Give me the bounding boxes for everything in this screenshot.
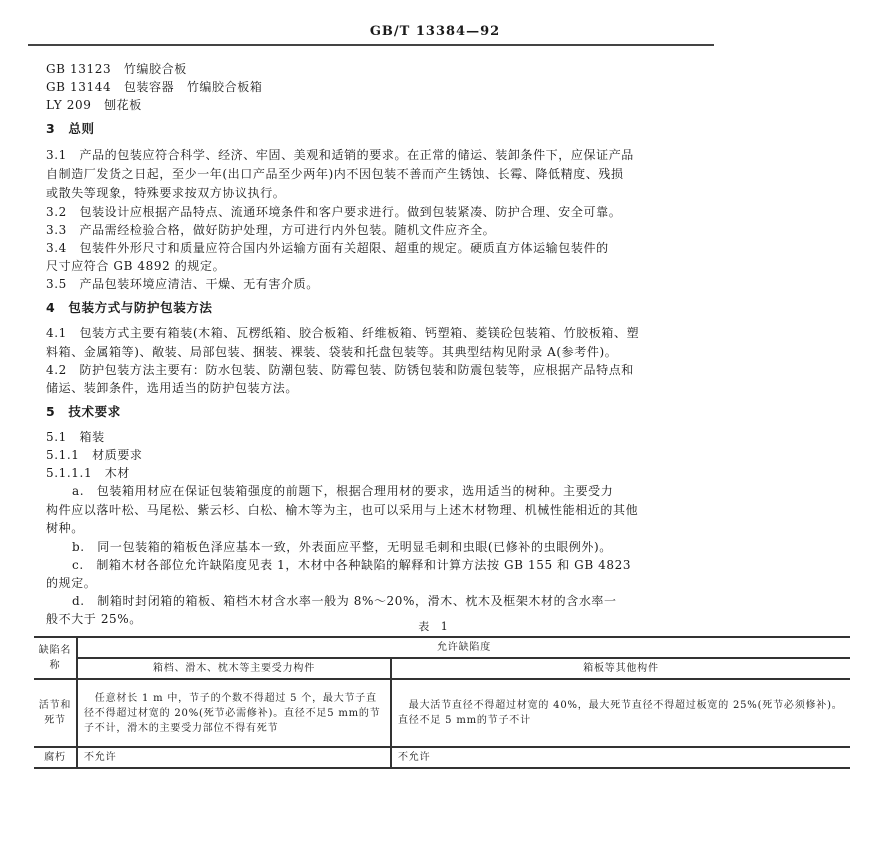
item-c-cont: 的规定。: [46, 575, 96, 591]
defect-tolerance-table: 缺陷名称 允许缺陷度 箱档、滑木、枕木等主要受力构件 箱板等其他构件 活节和死节…: [34, 636, 850, 769]
reference-code: GB 13144: [46, 80, 111, 94]
clause-5-1-1: 5.1.1 材质要求: [46, 447, 143, 463]
column-header-defect-name: 缺陷名称: [34, 637, 77, 679]
clause-3-1-cont: 自制造厂发货之日起，至少一年(出口产品至少两年)内不因包装不善而产生锈蚀、长霉、…: [46, 166, 624, 182]
item-c: c. 制箱木材各部位允许缺陷度见表 1，木材中各种缺陷的解释和计算方法按 GB …: [72, 557, 631, 573]
clause-3-4-cont: 尺寸应符合 GB 4892 的规定。: [46, 258, 225, 274]
clause-3-1-cont: 或散失等现象，特殊要求按双方协议执行。: [46, 185, 285, 201]
reference-title: 包装容器 竹编胶合板箱: [124, 80, 263, 94]
other-members-tolerance: 最大活节直径不得超过材宽的 40%，最大死节直径不得超过板宽的 25%(死节必须…: [391, 679, 850, 747]
reference-code: GB 13123: [46, 62, 111, 76]
clause-4-2: 4.2 防护包装方法主要有：防水包装、防潮包装、防霉包装、防锈包装和防震包装等，…: [46, 362, 634, 378]
header-rule: [28, 44, 714, 46]
item-a-cont: 树种。: [46, 520, 84, 536]
section-5-heading: 5 技术要求: [46, 404, 121, 420]
section-3-heading: 3 总则: [46, 121, 95, 137]
column-header-other-members: 箱板等其他构件: [391, 658, 850, 679]
defect-name: 活节和死节: [34, 679, 77, 747]
clause-3-5: 3.5 产品包装环境应清洁、干燥、无有害介质。: [46, 276, 319, 292]
clause-3-1: 3.1 产品的包装应符合科学、经济、牢固、美观和适销的要求。在正常的储运、装卸条…: [46, 147, 634, 163]
clause-4-1-cont: 料箱、金属箱等)、敞装、局部包装、捆装、裸装、袋装和托盘包装等。其典型结构见附录…: [46, 344, 617, 360]
defect-name: 腐朽: [34, 747, 77, 768]
section-4-heading: 4 包装方式与防护包装方法: [46, 300, 213, 316]
reference-item: GB 13123 竹编胶合板: [46, 61, 187, 77]
other-members-tolerance: 不允许: [391, 747, 850, 768]
column-header-main-members: 箱档、滑木、枕木等主要受力构件: [77, 658, 391, 679]
clause-4-2-cont: 储运、装卸条件，选用适当的防护包装方法。: [46, 380, 298, 396]
clause-3-4: 3.4 包装件外形尺寸和质量应符合国内外运输方面有关超限、超重的规定。硬质直方体…: [46, 240, 609, 256]
reference-code: LY 209: [46, 98, 91, 112]
clause-3-3: 3.3 产品需经检验合格，做好防护处理，方可进行内外包装。随机文件应齐全。: [46, 222, 495, 238]
clause-5-1: 5.1 箱装: [46, 429, 105, 445]
item-d: d. 制箱时封闭箱的箱板、箱档木材含水率一般为 8%～20%，滑木、枕木及框架木…: [72, 593, 617, 609]
item-a: a. 包装箱用材应在保证包装箱强度的前题下，根据合理用材的要求，选用适当的树种。…: [72, 483, 613, 499]
item-a-cont: 构件应以落叶松、马尾松、紫云杉、白松、榆木等为主，也可以采用与上述木材物理、机械…: [46, 502, 638, 518]
item-b: b. 同一包装箱的箱板色泽应基本一致，外表面应平整，无明显毛刺和虫眼(已修补的虫…: [72, 539, 612, 555]
reference-title: 竹编胶合板: [124, 62, 187, 76]
reference-item: LY 209 刨花板: [46, 97, 142, 113]
standard-code-header: GB/T 13384—92: [0, 24, 870, 39]
table-row: 活节和死节 任意材长 1 m 中，节子的个数不得超过 5 个，最大节子直径不得超…: [34, 679, 850, 747]
main-members-tolerance: 不允许: [77, 747, 391, 768]
clause-3-2: 3.2 包装设计应根据产品特点、流通环境条件和客户要求进行。做到包装紧凑、防护合…: [46, 204, 621, 220]
group-header-allowed-defects: 允许缺陷度: [77, 637, 850, 658]
table-row: 腐朽 不允许 不允许: [34, 747, 850, 768]
reference-title: 刨花板: [104, 98, 142, 112]
table-caption: 表 1: [0, 618, 870, 634]
reference-item: GB 13144 包装容器 竹编胶合板箱: [46, 79, 262, 95]
clause-4-1: 4.1 包装方式主要有箱装(木箱、瓦楞纸箱、胶合板箱、纤维板箱、钙塑箱、菱镁砼包…: [46, 325, 639, 341]
clause-5-1-1-1: 5.1.1.1 木材: [46, 465, 130, 481]
main-members-tolerance: 任意材长 1 m 中，节子的个数不得超过 5 个，最大节子直径不得超过材宽的 2…: [77, 679, 391, 747]
